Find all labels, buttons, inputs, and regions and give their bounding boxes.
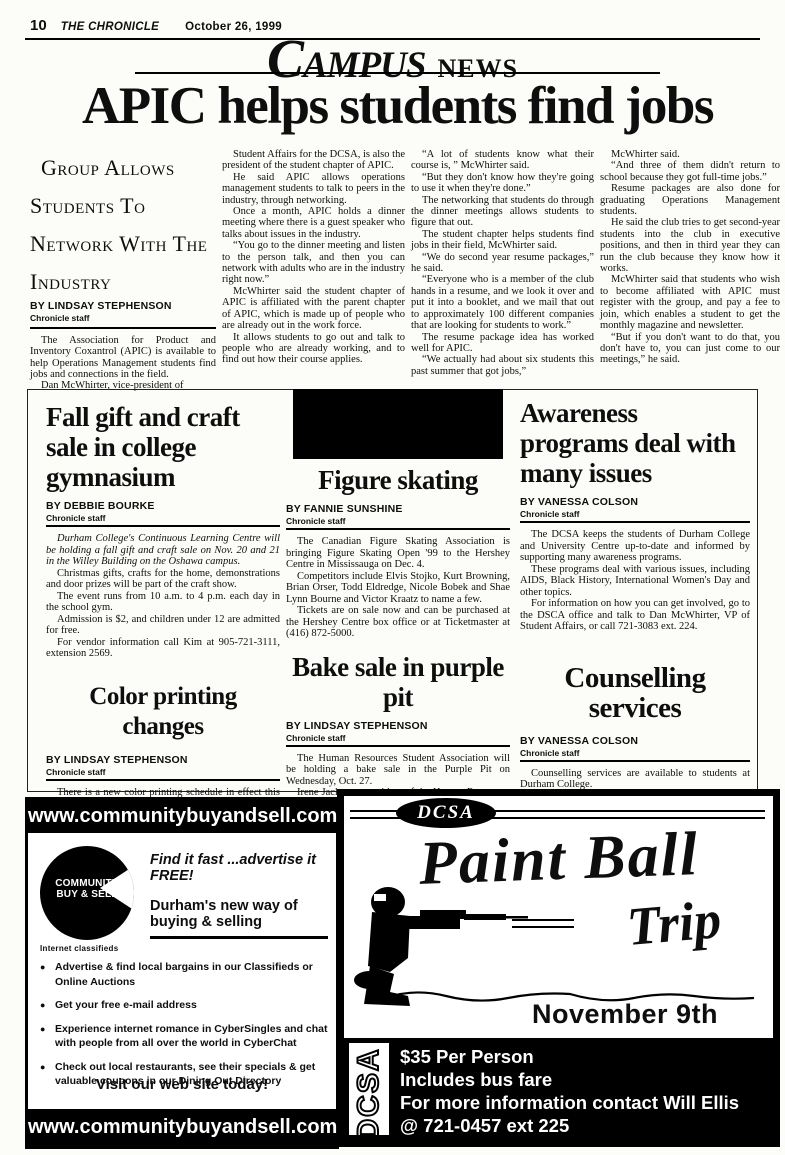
- features-column-middle: Figure skating BY FANNIE SUNSHINE Chroni…: [286, 389, 510, 845]
- decorative-rule-left: [350, 810, 402, 819]
- byline-org: Chronicle staff: [520, 748, 750, 758]
- counselling-headline: Counselling services: [520, 663, 750, 723]
- awareness-body: The DCSA keeps the students of Durham Co…: [520, 529, 750, 633]
- paragraph: For information on how you can get invol…: [520, 598, 750, 633]
- paragraph: He said the club tries to get second-yea…: [600, 217, 780, 274]
- paragraph: Once a month, APIC holds a dinner meetin…: [222, 206, 405, 240]
- paragraph: “You go to the dinner meeting and listen…: [222, 240, 405, 286]
- color-printing-headline: Color printing changes: [46, 682, 280, 742]
- byline-block: BY VANESSA COLSON Chronicle staff: [520, 735, 750, 762]
- section-banner-rule: [135, 72, 660, 74]
- paragraph: The student chapter helps students find …: [411, 229, 594, 252]
- ad-cta: Visit our web site today!: [28, 1076, 336, 1093]
- byline-block: BY DEBBIE BOURKE Chronicle staff: [46, 500, 280, 527]
- paragraph: Christmas gifts, crafts for the home, de…: [46, 568, 280, 591]
- paragraph: “But they don't know how they're going t…: [411, 172, 594, 195]
- logo-disc-icon: COMMUNITY BUY & SELL: [40, 846, 134, 940]
- byline-block: BY FANNIE SUNSHINE Chronicle staff: [286, 503, 510, 530]
- paragraph: Counselling services are available to st…: [520, 768, 750, 791]
- byline: BY VANESSA COLSON: [520, 735, 750, 747]
- ad-url-banner-bottom: www.communitybuyandsell.com: [28, 1109, 336, 1146]
- paragraph: For more information contact Will Ellis: [400, 1091, 767, 1114]
- byline-block: BY VANESSA COLSON Chronicle staff: [520, 496, 750, 523]
- paragraph: Student Affairs for the DCSA, is also th…: [222, 149, 405, 172]
- paragraph: McWhirter said.: [600, 149, 780, 160]
- paragraph: McWhirter said the student chapter of AP…: [222, 286, 405, 332]
- lead-article-column-4: McWhirter said.“And three of them didn't…: [600, 149, 780, 366]
- paragraph: Admission is $2, and children under 12 a…: [46, 614, 280, 637]
- paragraph: Resume packages are also done for gradua…: [600, 183, 780, 217]
- features-column-left: Fall gift and craft sale in college gymn…: [46, 402, 280, 856]
- paragraph: “And three of them didn't return to scho…: [600, 160, 780, 183]
- paragraph: The resume package idea has worked well …: [411, 332, 594, 355]
- paragraph: “We actually had about six students this…: [411, 354, 594, 377]
- paintball-title-line2: Trip: [577, 884, 772, 962]
- features-box: Fall gift and craft sale in college gymn…: [27, 389, 758, 792]
- paragraph: “But if you don't want to do that, you d…: [600, 332, 780, 366]
- paragraph: “Everyone who is a member of the club ha…: [411, 274, 594, 331]
- fall-sale-headline: Fall gift and craft sale in college gymn…: [46, 402, 280, 492]
- bullet-item: Get your free e-mail address: [40, 998, 328, 1013]
- bullet-item: Advertise & find local bargains in our C…: [40, 960, 328, 989]
- paragraph: Durham College's Continuous Learning Cen…: [46, 533, 280, 568]
- paragraph: These programs deal with various issues,…: [520, 564, 750, 599]
- bullet-item: Experience internet romance in CyberSing…: [40, 1022, 328, 1051]
- paragraph: @ 721-0457 ext 225: [400, 1114, 767, 1137]
- ad-tagline-2: Durham's new way of buying & selling: [150, 898, 328, 939]
- paragraph: The Canadian Figure Skating Association …: [286, 536, 510, 571]
- byline-org: Chronicle staff: [520, 509, 750, 519]
- paragraph: Competitors include Elvis Stojko, Kurt B…: [286, 571, 510, 606]
- lead-article-column-1: Group Allows Students To Network With Th…: [30, 149, 216, 392]
- paragraph: The event runs from 10 a.m. to 4 p.m. ea…: [46, 591, 280, 614]
- community-buy-sell-logo: COMMUNITY BUY & SELL Internet classified…: [40, 846, 140, 953]
- paragraph: The networking that students do through …: [411, 195, 594, 229]
- ad-taglines: Find it fast ...advertise it FREE! Durha…: [150, 852, 328, 939]
- logo-text: COMMUNITY BUY & SELL: [40, 878, 134, 900]
- byline: BY DEBBIE BOURKE: [46, 500, 280, 512]
- lead-article-column-3: “A lot of students know what their cours…: [411, 149, 594, 377]
- logo-line1: COMMUNITY: [55, 878, 118, 889]
- bake-sale-headline: Bake sale in purple pit: [286, 652, 510, 712]
- paragraph: It allows students to go out and talk to…: [222, 332, 405, 366]
- lead-body-col1: The Association for Product and Inventor…: [30, 335, 216, 392]
- ad-details-panel: DCSA $35 Per PersonIncludes bus fareFor …: [344, 1038, 773, 1140]
- paragraph: $35 Per Person: [400, 1045, 767, 1068]
- figure-skating-body: The Canadian Figure Skating Association …: [286, 536, 510, 640]
- byline-org: Chronicle staff: [46, 767, 280, 777]
- paragraph: He said APIC allows operations managemen…: [222, 172, 405, 206]
- paragraph: Tickets are on sale now and can be purch…: [286, 605, 510, 640]
- byline-org: Chronicle staff: [30, 313, 216, 324]
- byline-org: Chronicle staff: [46, 513, 280, 523]
- ad-url-banner-top: www.communitybuyandsell.com: [28, 800, 336, 833]
- byline-block: BY LINDSAY STEPHENSON Chronicle staff: [46, 754, 280, 781]
- byline-org: Chronicle staff: [286, 516, 510, 526]
- dcsa-badge: DCSA: [396, 798, 496, 828]
- lead-deck: Group Allows Students To Network With Th…: [30, 149, 216, 301]
- event-date: November 9th: [532, 999, 772, 1030]
- lead-headline: APIC helps students find jobs: [25, 76, 770, 136]
- figure-skating-headline: Figure skating: [286, 465, 510, 495]
- byline: BY LINDSAY STEPHENSON: [286, 720, 510, 732]
- paragraph: Includes bus fare: [400, 1068, 767, 1091]
- byline: BY LINDSAY STEPHENSON: [46, 754, 280, 766]
- dcsa-vertical-text: DCSA: [352, 1043, 386, 1135]
- paragraph: The Human Resources Student Association …: [286, 753, 510, 788]
- paintball-trip-ad: DCSA Paint Ball Trip November 9th DCSA $…: [337, 789, 780, 1147]
- byline-org: Chronicle staff: [286, 733, 510, 743]
- byline-block: BY LINDSAY STEPHENSON Chronicle staff: [286, 720, 510, 747]
- logo-subtitle: Internet classifieds: [40, 944, 140, 953]
- paragraph: “We do second year resume packages,” he …: [411, 252, 594, 275]
- byline: BY VANESSA COLSON: [520, 496, 750, 508]
- lead-article-column-2: Student Affairs for the DCSA, is also th…: [222, 149, 405, 366]
- paragraph: McWhirter said that students who wish to…: [600, 274, 780, 331]
- photo-placeholder: [293, 389, 503, 459]
- paragraph: For vendor information call Kim at 905-7…: [46, 637, 280, 660]
- dcsa-vertical-label: DCSA: [349, 1043, 389, 1135]
- byline: BY FANNIE SUNSHINE: [286, 503, 510, 515]
- logo-line2: BUY & SELL: [56, 889, 117, 900]
- paragraph: “A lot of students know what their cours…: [411, 149, 594, 172]
- paragraph: The DCSA keeps the students of Durham Co…: [520, 529, 750, 564]
- awareness-headline: Awareness programs deal with many issues: [520, 398, 750, 488]
- community-buy-and-sell-ad: www.communitybuyandsell.com COMMUNITY BU…: [25, 797, 339, 1149]
- ad-details-lines: $35 Per PersonIncludes bus fareFor more …: [400, 1045, 767, 1137]
- ad-tagline-1: Find it fast ...advertise it FREE!: [150, 852, 328, 884]
- byline-block: BY LINDSAY STEPHENSON Chronicle staff: [30, 301, 216, 329]
- paragraph: The Association for Product and Inventor…: [30, 335, 216, 381]
- newspaper-page: 10THE CHRONICLEOctober 26, 1999 Campus N…: [0, 0, 785, 1155]
- byline: BY LINDSAY STEPHENSON: [30, 301, 216, 312]
- fall-sale-body: Durham College's Continuous Learning Cen…: [46, 533, 280, 660]
